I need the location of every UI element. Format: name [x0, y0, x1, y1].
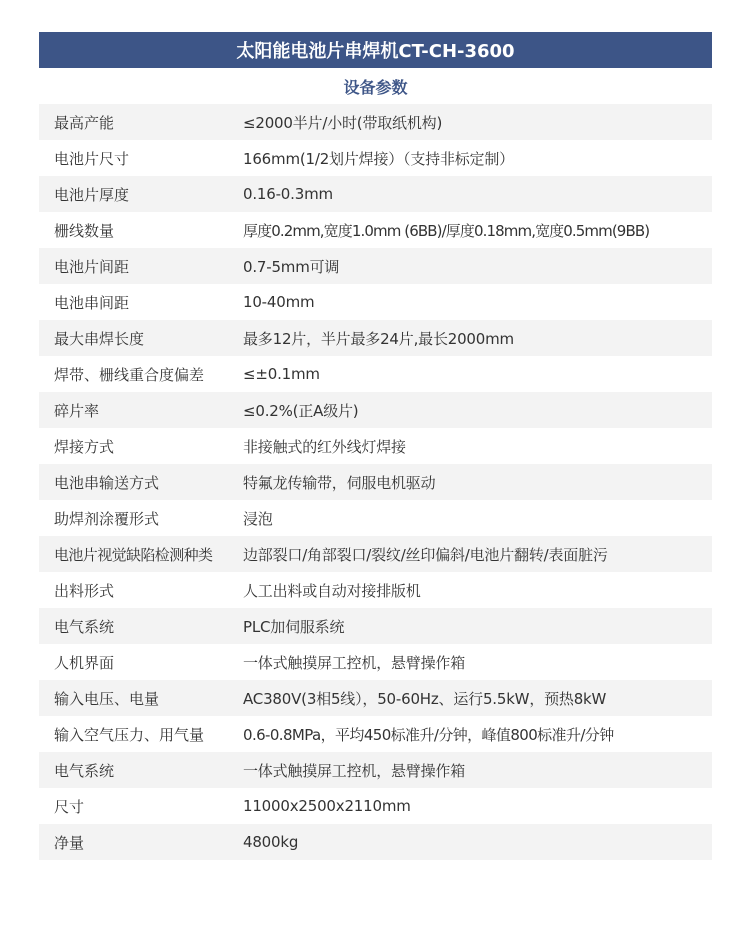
spec-value: 浸泡: [243, 508, 712, 529]
spec-row-cell-size: 电池片尺寸166mm(1/2划片焊接）（支持非标定制）: [39, 140, 712, 176]
spec-label: 碎片率: [39, 400, 243, 421]
spec-label: 栅线数量: [39, 220, 243, 241]
spec-row-dimensions: 尺寸11000x2500x2110mm: [39, 788, 712, 824]
spec-label: 焊带、栅线重合度偏差: [39, 364, 243, 385]
spec-row-max-string-length: 最大串焊长度最多12片，半片最多24片,最长2000mm: [39, 320, 712, 356]
spec-row-cell-thickness: 电池片厚度0.16-0.3mm: [39, 176, 712, 212]
spec-table: 最高产能≤2000半片/小时(带取纸机构) 电池片尺寸166mm(1/2划片焊接…: [39, 104, 712, 860]
spec-value: 4800kg: [243, 833, 712, 851]
spec-label: 输入电压、电量: [39, 688, 243, 709]
spec-value: ≤2000半片/小时(带取纸机构): [243, 112, 712, 133]
spec-row-max-capacity: 最高产能≤2000半片/小时(带取纸机构): [39, 104, 712, 140]
spec-sheet: 太阳能电池片串焊机CT-CH-3600 设备参数 最高产能≤2000半片/小时(…: [39, 32, 712, 860]
spec-label: 人机界面: [39, 652, 243, 673]
spec-value: 人工出料或自动对接排版机: [243, 580, 712, 601]
spec-row-cell-spacing: 电池片间距0.7-5mm可调: [39, 248, 712, 284]
spec-row-busbar-count: 栅线数量厚度0.2mm,宽度1.0mm (6BB)/厚度0.18mm,宽度0.5…: [39, 212, 712, 248]
spec-value: ≤0.2%(正A级片): [243, 400, 712, 421]
spec-row-ribbon-alignment: 焊带、栅线重合度偏差≤±0.1mm: [39, 356, 712, 392]
page-title: 太阳能电池片串焊机CT-CH-3600: [236, 37, 514, 63]
spec-row-net-weight: 净量4800kg: [39, 824, 712, 860]
spec-label: 尺寸: [39, 796, 243, 817]
spec-row-welding-method: 焊接方式非接触式的红外线灯焊接: [39, 428, 712, 464]
spec-label: 电池串间距: [39, 292, 243, 313]
spec-value: AC380V(3相5线），50-60Hz、运行5.5kW，预热8kW: [243, 688, 712, 709]
spec-row-hmi: 人机界面一体式触摸屏工控机，悬臂操作箱: [39, 644, 712, 680]
section-subtitle: 设备参数: [39, 68, 712, 104]
spec-label: 输入空气压力、用气量: [39, 724, 243, 745]
spec-row-flux-coating: 助焊剂涂覆形式浸泡: [39, 500, 712, 536]
spec-row-breakage-rate: 碎片率≤0.2%(正A级片): [39, 392, 712, 428]
spec-value: 10-40mm: [243, 293, 712, 311]
spec-label: 电池片视觉缺陷检测种类: [39, 544, 243, 565]
title-bar: 太阳能电池片串焊机CT-CH-3600: [39, 32, 712, 68]
spec-value: 一体式触摸屏工控机，悬臂操作箱: [243, 652, 712, 673]
spec-label: 电池串输送方式: [39, 472, 243, 493]
spec-label: 净量: [39, 832, 243, 853]
spec-value: 0.16-0.3mm: [243, 185, 712, 203]
spec-label: 最大串焊长度: [39, 328, 243, 349]
spec-value: 一体式触摸屏工控机，悬臂操作箱: [243, 760, 712, 781]
spec-row-electrical-system: 电气系统PLC加伺服系统: [39, 608, 712, 644]
spec-value: 166mm(1/2划片焊接）（支持非标定制）: [243, 148, 712, 169]
spec-label: 电池片间距: [39, 256, 243, 277]
spec-label: 电池片尺寸: [39, 148, 243, 169]
spec-row-air-supply: 输入空气压力、用气量0.6-0.8MPa，平均450标准升/分钟，峰值800标准…: [39, 716, 712, 752]
spec-value: 0.6-0.8MPa，平均450标准升/分钟，峰值800标准升/分钟: [243, 724, 712, 745]
spec-value: 0.7-5mm可调: [243, 256, 712, 277]
spec-row-conveying-method: 电池串输送方式特氟龙传输带，伺服电机驱动: [39, 464, 712, 500]
spec-value: 边部裂口/角部裂口/裂纹/丝印偏斜/电池片翻转/表面脏污: [243, 544, 712, 565]
spec-value: 非接触式的红外线灯焊接: [243, 436, 712, 457]
spec-value: 厚度0.2mm,宽度1.0mm (6BB)/厚度0.18mm,宽度0.5mm(9…: [243, 220, 712, 241]
spec-row-electrical-system-2: 电气系统一体式触摸屏工控机，悬臂操作箱: [39, 752, 712, 788]
spec-value: 特氟龙传输带，伺服电机驱动: [243, 472, 712, 493]
spec-label: 电池片厚度: [39, 184, 243, 205]
spec-value: PLC加伺服系统: [243, 616, 712, 637]
spec-label: 助焊剂涂覆形式: [39, 508, 243, 529]
section-title: 设备参数: [343, 75, 407, 98]
spec-label: 最高产能: [39, 112, 243, 133]
spec-value: 最多12片，半片最多24片,最长2000mm: [243, 328, 712, 349]
spec-label: 电气系统: [39, 760, 243, 781]
spec-value: 11000x2500x2110mm: [243, 797, 712, 815]
spec-row-vision-defects: 电池片视觉缺陷检测种类边部裂口/角部裂口/裂纹/丝印偏斜/电池片翻转/表面脏污: [39, 536, 712, 572]
spec-label: 出料形式: [39, 580, 243, 601]
spec-row-input-power: 输入电压、电量AC380V(3相5线），50-60Hz、运行5.5kW，预热8k…: [39, 680, 712, 716]
spec-row-output-form: 出料形式人工出料或自动对接排版机: [39, 572, 712, 608]
spec-value: ≤±0.1mm: [243, 365, 712, 383]
spec-row-string-spacing: 电池串间距10-40mm: [39, 284, 712, 320]
spec-label: 电气系统: [39, 616, 243, 637]
spec-label: 焊接方式: [39, 436, 243, 457]
